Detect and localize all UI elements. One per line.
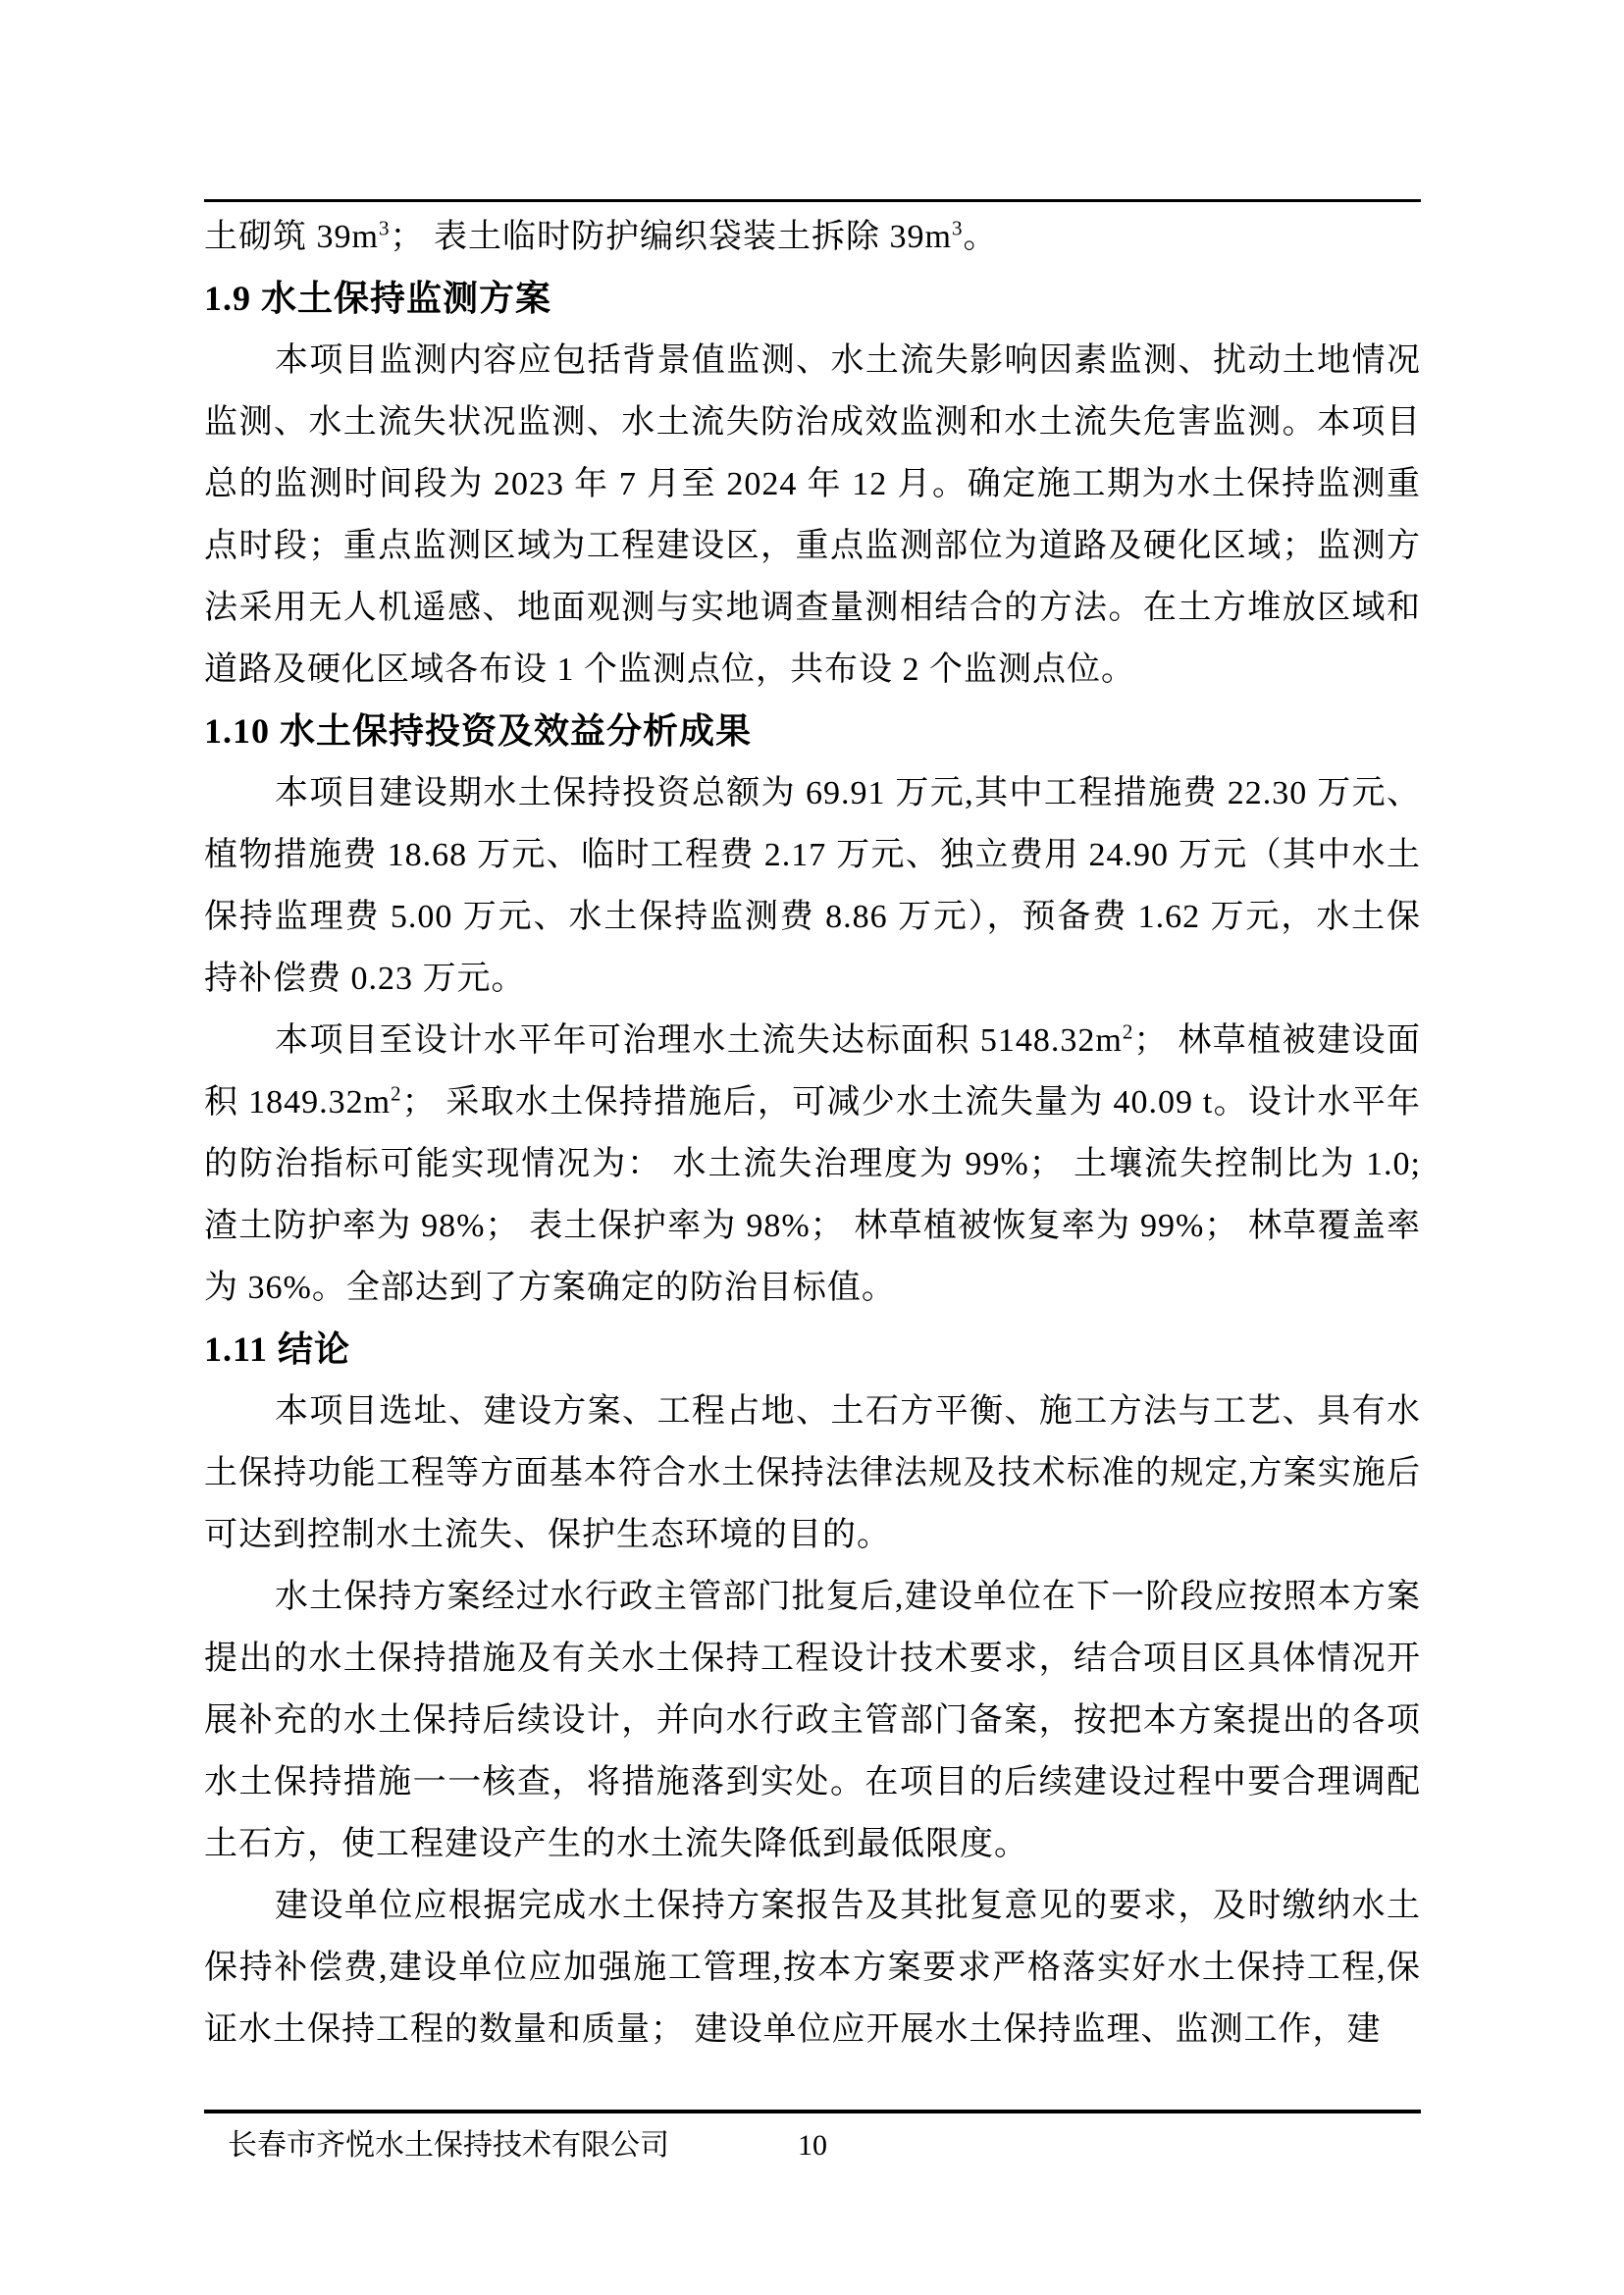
section-heading: 1.10 水土保持投资及效益分析成果 (204, 701, 1421, 762)
text-run: 本项目至设计水平年可治理水土流失达标面积 5148.32m (275, 1022, 1123, 1059)
text-run: 1.9 水土保持监测方案 (204, 279, 551, 318)
text-run: 本项目监测内容应包括背景值监测、水土流失影响因素监测、扰动土地情况监测、水土流失… (204, 342, 1421, 688)
superscript-text: 3 (379, 217, 391, 240)
body-paragraph: 水土保持方案经过水行政主管部门批复后,建设单位在下一阶段应按照本方案提出的水土保… (204, 1566, 1421, 1875)
section-heading: 1.11 结论 (204, 1319, 1421, 1381)
section-heading: 1.9 水土保持监测方案 (204, 268, 1421, 330)
body-paragraph: 建设单位应根据完成水土保持方案报告及其批复意见的要求，及时缴纳水土保持补偿费,建… (204, 1875, 1421, 2060)
body-paragraph: 本项目选址、建设方案、工程占地、土石方平衡、施工方法与工艺、具有水土保持功能工程… (204, 1381, 1421, 1566)
superscript-text: 2 (1123, 1020, 1134, 1044)
text-run: ； 表土临时防护编织袋装土拆除 39m (391, 219, 952, 255)
text-run: 。 (964, 219, 998, 255)
footer-company: 长春市齐悦水土保持技术有限公司 (228, 2121, 669, 2170)
body-paragraph: 本项目监测内容应包括背景值监测、水土流失影响因素监测、扰动土地情况监测、水土流失… (204, 330, 1421, 701)
text-run: 水土保持方案经过水行政主管部门批复后,建设单位在下一阶段应按照本方案提出的水土保… (204, 1579, 1421, 1862)
page-footer: 长春市齐悦水土保持技术有限公司 10 (204, 2121, 1421, 2170)
text-run: 建设单位应根据完成水土保持方案报告及其批复意见的要求，及时缴纳水土保持补偿费,建… (204, 1888, 1421, 2048)
text-run: 本项目建设期水土保持投资总额为 69.91 万元,其中工程措施费 22.30 万… (204, 775, 1421, 997)
superscript-text: 3 (952, 217, 964, 240)
text-run: 本项目选址、建设方案、工程占地、土石方平衡、施工方法与工艺、具有水土保持功能工程… (204, 1393, 1421, 1553)
body-paragraph: 本项目建设期水土保持投资总额为 69.91 万元,其中工程措施费 22.30 万… (204, 762, 1421, 1010)
header-rule (204, 199, 1421, 202)
text-run: 土砌筑 39m (204, 219, 379, 255)
document-page: 土砌筑 39m3； 表土临时防护编织袋装土拆除 39m3。1.9 水土保持监测方… (0, 0, 1624, 2295)
superscript-text: 2 (391, 1082, 402, 1106)
body-paragraph: 本项目至设计水平年可治理水土流失达标面积 5148.32m2； 林草植被建设面积… (204, 1010, 1421, 1319)
footer-rule (204, 2110, 1421, 2113)
text-run: 1.10 水土保持投资及效益分析成果 (204, 711, 752, 751)
footer-page-number: 10 (798, 2121, 827, 2170)
body-paragraph: 土砌筑 39m3； 表土临时防护编织袋装土拆除 39m3。 (204, 206, 1421, 268)
text-run: 1.11 结论 (204, 1330, 350, 1369)
document-body: 土砌筑 39m3； 表土临时防护编织袋装土拆除 39m3。1.9 水土保持监测方… (204, 206, 1421, 2060)
